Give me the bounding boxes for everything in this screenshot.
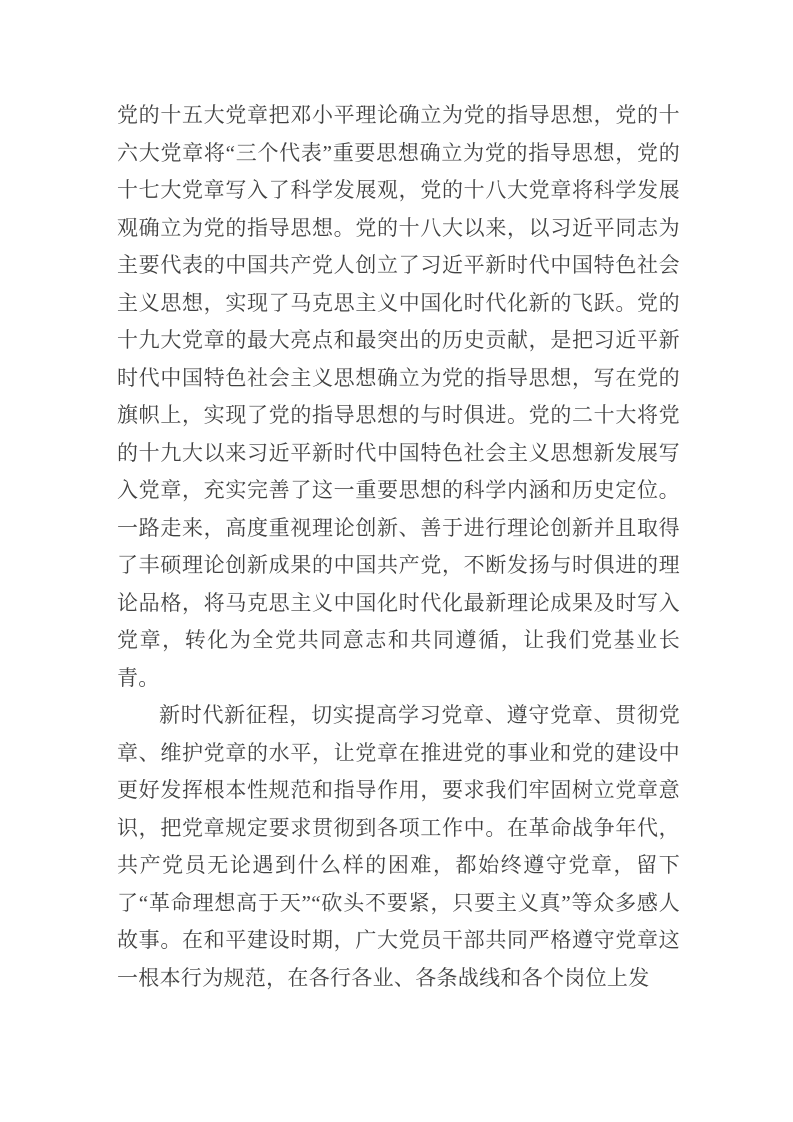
body-paragraph-2: 新时代新征程，切实提高学习党章、遵守党章、贯彻党章、维护党章的水平，让党章在推进… [117,697,680,997]
document-page: 党的十五大党章把邓小平理论确立为党的指导思想，党的十六大党章将“三个代表”重要思… [0,0,793,1122]
document-body: 党的十五大党章把邓小平理论确立为党的指导思想，党的十六大党章将“三个代表”重要思… [117,97,680,997]
body-paragraph-1: 党的十五大党章把邓小平理论确立为党的指导思想，党的十六大党章将“三个代表”重要思… [117,97,680,697]
